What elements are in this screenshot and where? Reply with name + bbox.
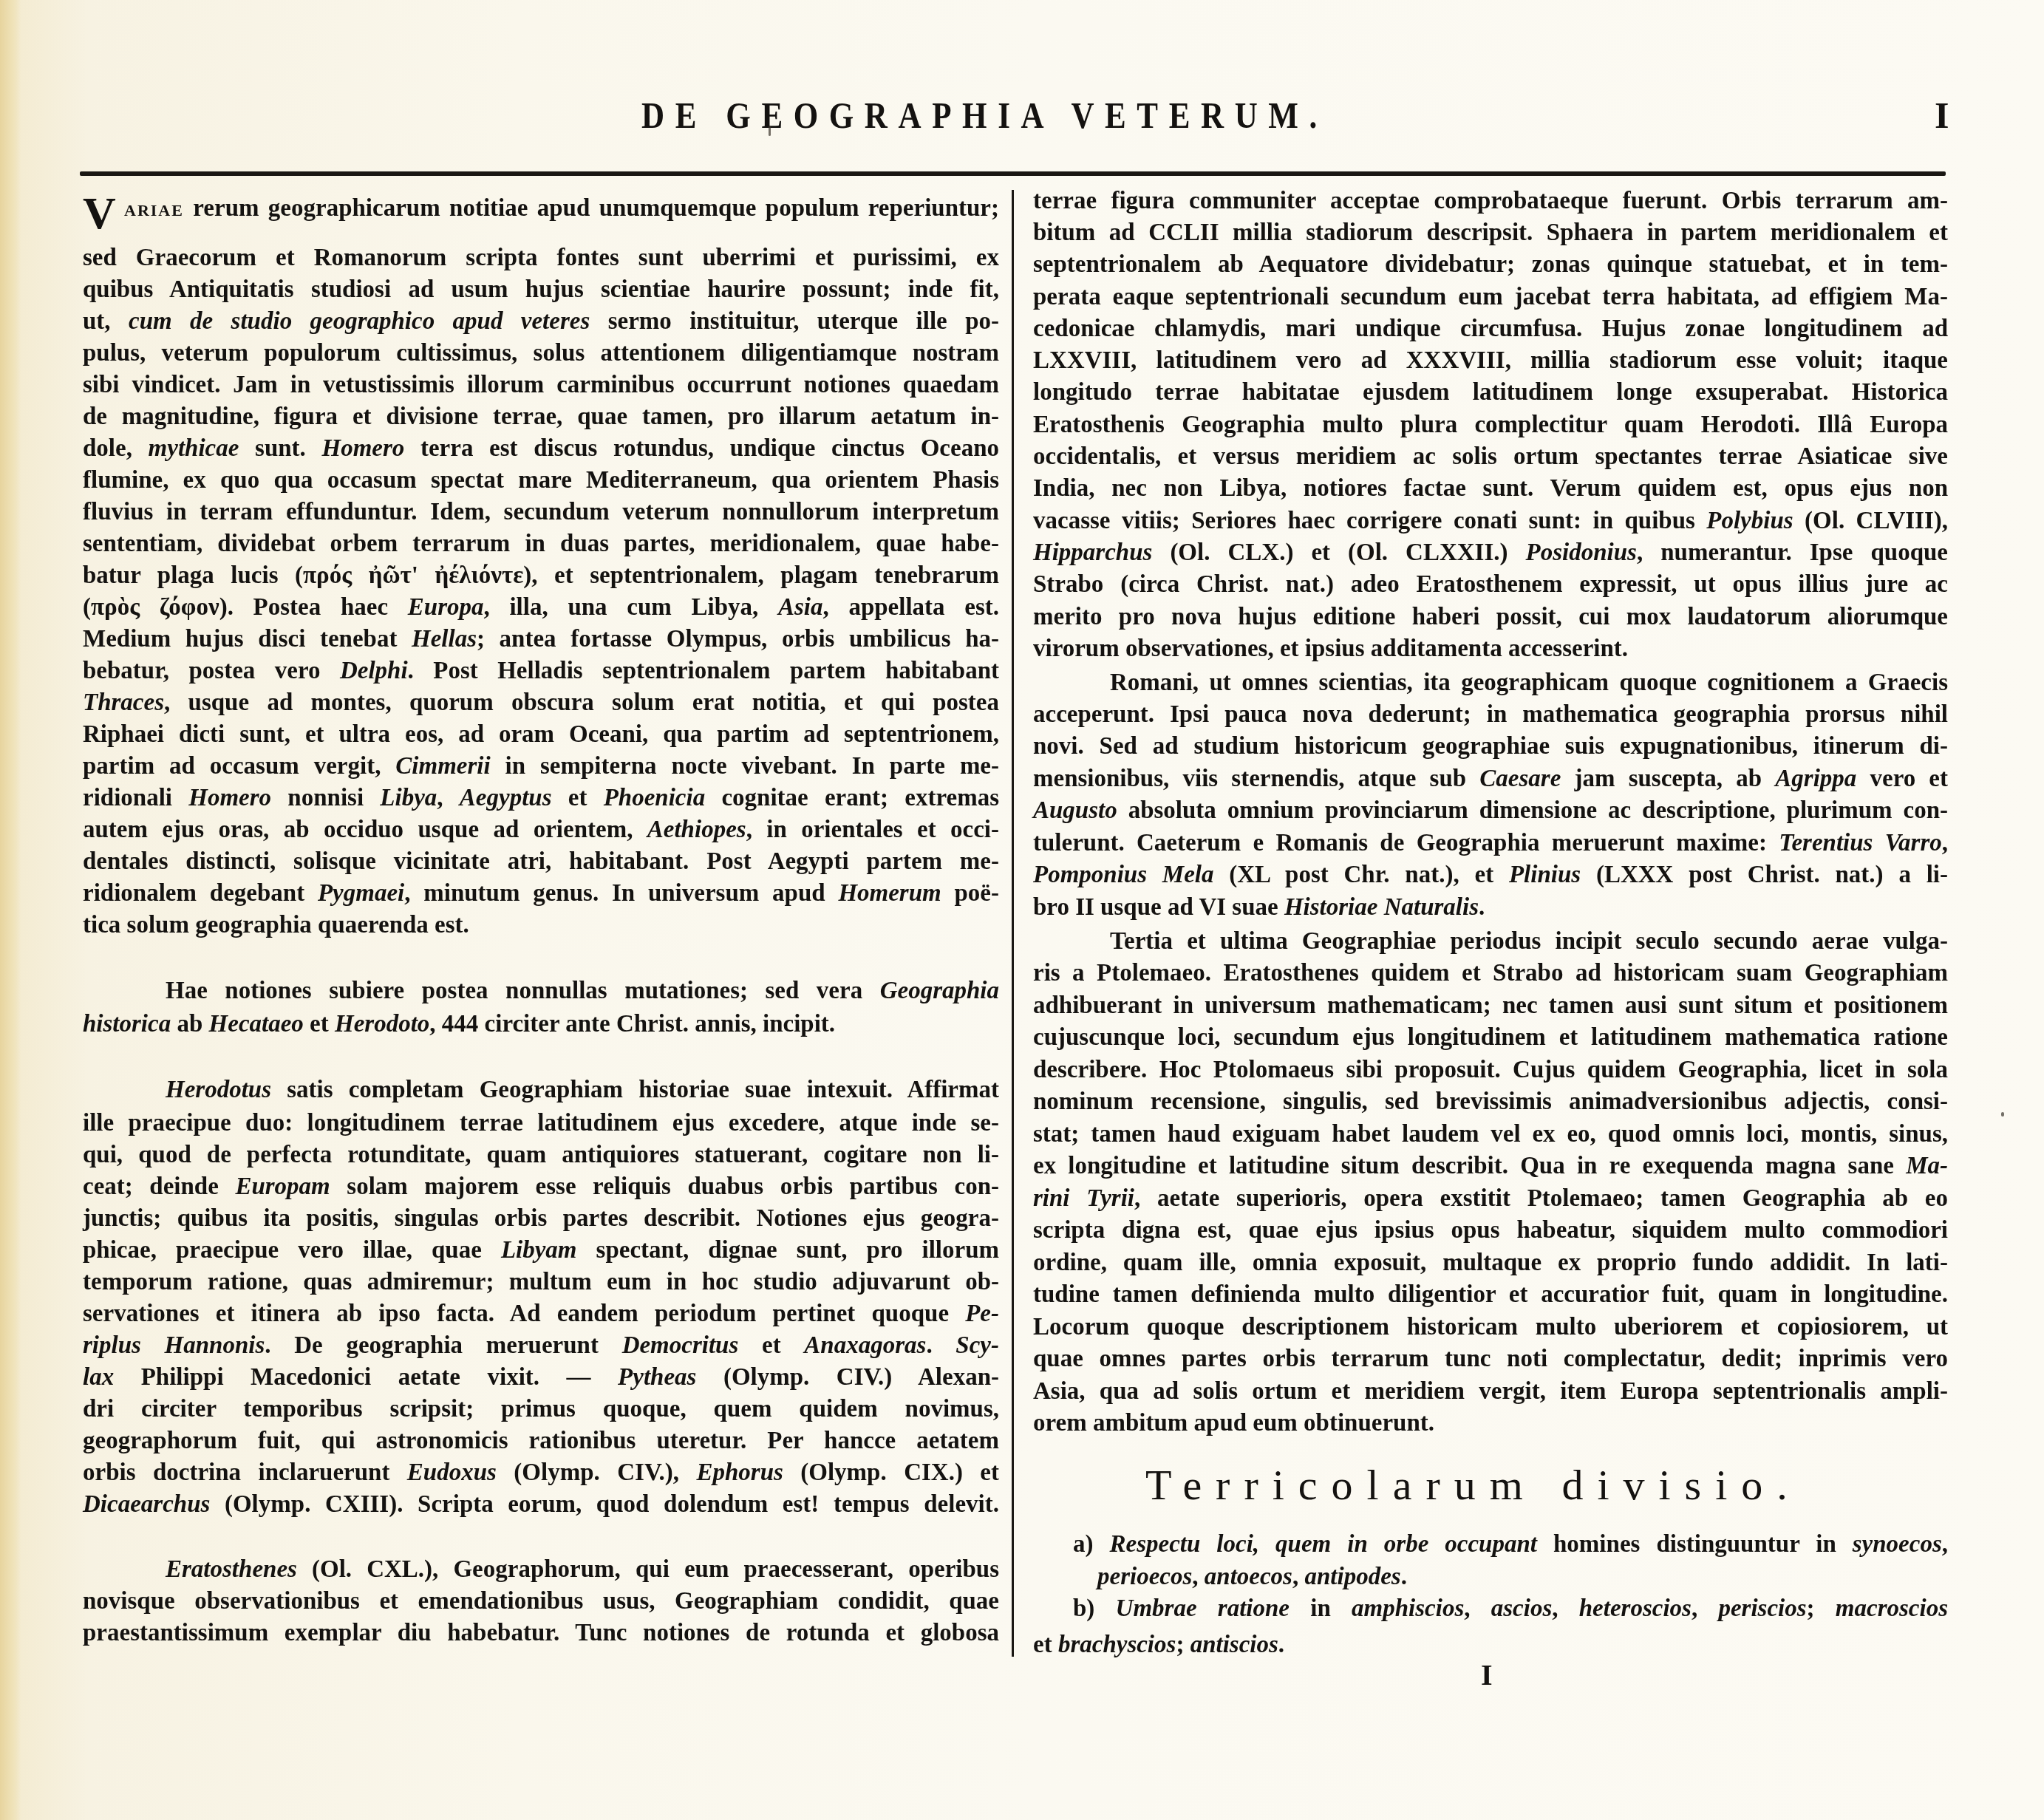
text-line: Eratosthenis Geographia multo plura comp… [1033, 410, 1948, 440]
drop-cap: V [83, 191, 116, 236]
text-line: b) Umbrae ratione in amphiscios, ascios,… [1073, 1594, 1948, 1623]
text-line: servationes et itinera ab ipso facta. Ad… [83, 1299, 999, 1329]
text-line: dri circiter temporibus scripsit; primus… [83, 1394, 999, 1424]
signature-mark: I [1481, 1659, 1493, 1691]
text-line: India, nec non Libya, notiores factae su… [1033, 474, 1948, 503]
text-line: a) Respectu loci, quem in orbe occupant … [1073, 1530, 1948, 1559]
text-line: Dicaearchus (Olymp. CXIII). Scripta eoru… [83, 1490, 999, 1519]
text-line: Romani, ut omnes scientias, ita geograph… [1110, 668, 1948, 698]
text-line: Hae notiones subiere postea nonnullas mu… [166, 976, 999, 1006]
text-line: bebatur, postea vero Delphi. Post Hellad… [83, 656, 999, 686]
text-line: Augusto absoluta omnium provinciarum dim… [1033, 796, 1948, 825]
text-line: LXXVIII, latitudinem vero ad XXXVIII, mi… [1033, 346, 1948, 375]
text-line: tulerunt. Caeterum e Romanis de Geograph… [1033, 828, 1948, 858]
text-line: lax Philippi Macedonici aetate vixit. — … [83, 1363, 999, 1392]
text-line: batur plaga lucis (πρός ἠῶτ' ἠέλιόντε), … [83, 561, 999, 590]
text-line: de magnitudine, figura et divisione terr… [83, 402, 999, 432]
text-line: sententiam, dividebat orbem terrarum in … [83, 529, 999, 559]
text-line: Thraces, usque ad montes, quorum obscura… [83, 688, 999, 718]
text-line: quibus Antiquitatis studiosi ad usum huj… [83, 275, 999, 304]
text-line: scripta digna est, quae ejus ipsius opus… [1033, 1216, 1948, 1245]
text-line: Herodotus satis completam Geographiam hi… [166, 1075, 999, 1105]
text-line: historica ab Hecataeo et Herodoto, 444 c… [83, 1009, 999, 1039]
text-line: perioecos, antoecos, antipodes. [1073, 1562, 1948, 1592]
text-line: rini Tyrii, aetate superioris, opera exs… [1033, 1184, 1948, 1213]
text-line: riplus Hannonis. De geographia meruerunt… [83, 1331, 999, 1360]
text-line: orem ambitum apud eum obtinuerunt. [1033, 1408, 1948, 1438]
text-line: tudine tamen definienda multo diligentio… [1033, 1280, 1948, 1309]
text-line: ARIAE rerum geographicarum notitiae apud… [124, 194, 999, 223]
print-speck [2001, 1112, 2004, 1117]
running-head-title: DE GEOGRAPHIA VETERUM. [641, 95, 1284, 136]
text-line: ex longitudine et latitudine situm descr… [1033, 1151, 1948, 1181]
text-line: adhibuerant in universum mathematicam; n… [1033, 991, 1948, 1020]
text-line: nominum recensione, singulis, sed brevis… [1033, 1087, 1948, 1117]
text-line: longitudo terrae habitatae ejusdem latit… [1033, 378, 1948, 407]
text-line: ceat; deinde Europam solam majorem esse … [83, 1172, 999, 1202]
text-line: Eratosthenes (Ol. CXL.), Geographorum, q… [166, 1555, 999, 1584]
text-line: phicae, praecipue vero illae, quae Libya… [83, 1236, 999, 1265]
text-line: fluvius in terram effunduntur. Idem, sec… [83, 497, 999, 527]
text-line: acceperunt. Ipsi pauca nova dederunt; in… [1033, 700, 1948, 729]
text-line: qui, quod de perfecta rotunditate, quam … [83, 1140, 999, 1170]
text-line: Strabo (circa Christ. nat.) adeo Eratost… [1033, 570, 1948, 599]
text-line: Asia, qua ad solis ortum et meridiem ver… [1033, 1377, 1948, 1406]
text-line: ris a Ptolemaeo. Eratosthenes quidem et … [1033, 958, 1948, 988]
text-line: terrae figura communiter acceptae compro… [1033, 186, 1948, 216]
text-line: pulus, veterum populorum cultissimus, so… [83, 338, 999, 368]
text-line: perata eaque septentrionali secundum eum… [1033, 282, 1948, 312]
text-line: temporum ratione, quas admiremur; multum… [83, 1267, 999, 1297]
text-line: Pomponius Mela (XL post Chr. nat.), et P… [1033, 860, 1948, 890]
text-line: Hipparchus (Ol. CLX.) et (Ol. CLXXII.) P… [1033, 538, 1948, 568]
column-divider [1012, 190, 1014, 1657]
text-line: ille praecipue duo: longitudinem terrae … [83, 1108, 999, 1138]
text-line: septentrionalem ab Aequatore dividebatur… [1033, 250, 1948, 279]
text-line: dentales distincti, solisque vicinitate … [83, 847, 999, 876]
text-line: Medium hujus disci tenebat Hellas; antea… [83, 624, 999, 654]
text-line: ut, cum de studio geographico apud veter… [83, 307, 999, 336]
text-line: geographorum fuit, qui astronomicis rati… [83, 1426, 999, 1456]
text-line: cujuscunque loci, secundum ejus longitud… [1033, 1023, 1948, 1052]
text-line: et brachyscios; antiscios. [1033, 1630, 1948, 1660]
print-speck [769, 126, 771, 136]
text-line: bro II usque ad VI suae Historiae Natura… [1033, 893, 1948, 922]
text-line: bitum ad CCLII millia stadiorum descrips… [1033, 218, 1948, 248]
text-line: orbis doctrina inclaruerunt Eudoxus (Oly… [83, 1458, 999, 1487]
text-line: merito pro nova hujus editione haberi po… [1033, 602, 1948, 632]
text-line: sed Graecorum et Romanorum scripta fonte… [83, 243, 999, 273]
text-line: Locorum quoque descriptionem historicam … [1033, 1312, 1948, 1342]
text-line: Tertia et ultima Geographiae periodus in… [1110, 927, 1948, 956]
text-line: describere. Hoc Ptolomaeus sibi proposui… [1033, 1055, 1948, 1085]
text-line: flumine, ex quo qua occasum spectat mare… [83, 466, 999, 495]
section-heading: Terricolarum divisio. [1145, 1462, 1802, 1509]
text-line: (πρὸς ζόφον). Postea haec Europa, illa, … [83, 593, 999, 622]
text-line: novi. Sed ad studium historicum geograph… [1033, 732, 1948, 761]
text-line: tica solum geographia quaerenda est. [83, 910, 999, 940]
text-line: mensionibus, viis sternendis, atque sub … [1033, 764, 1948, 794]
text-line: virorum observationes, et ipsius additam… [1033, 634, 1948, 664]
text-line: novisque observationibus et emendationib… [83, 1586, 999, 1616]
running-head-page-marker: I [1935, 95, 1949, 136]
text-line: stat; tamen haud exiguam habet laudem ve… [1033, 1119, 1948, 1149]
text-line: occidentalis, et versus meridiem ac soli… [1033, 442, 1948, 471]
text-line: vacasse vitiis; Seriores haec corrigere … [1033, 506, 1948, 536]
text-line: cedonicae chlamydis, mari undique circum… [1033, 314, 1948, 344]
text-line: Riphaei dicti sunt, et ultra eos, ad ora… [83, 720, 999, 749]
text-line: junctis; quibus ita positis, singulas or… [83, 1204, 999, 1233]
text-line: sibi vindicet. Jam in vetustissimis illo… [83, 370, 999, 400]
page-binding-edge [0, 0, 21, 1820]
text-line: dole, mythicae sunt. Homero terra est di… [83, 434, 999, 463]
header-rule [80, 171, 1946, 176]
text-line: praestantissimum exemplar diu habebatur.… [83, 1618, 999, 1648]
text-line: ridionalem degebant Pygmaei, minutum gen… [83, 879, 999, 908]
text-line: partim ad occasum vergit, Cimmerii in se… [83, 751, 999, 781]
text-line: ridionali Homero nonnisi Libya, Aegyptus… [83, 783, 999, 813]
text-line: autem ejus oras, ab occiduo usque ad ori… [83, 815, 999, 845]
text-line: quae omnes partes orbis terrarum tunc no… [1033, 1344, 1948, 1374]
text-line: ordine, quam ille, omnia exposuit, multa… [1033, 1248, 1948, 1278]
